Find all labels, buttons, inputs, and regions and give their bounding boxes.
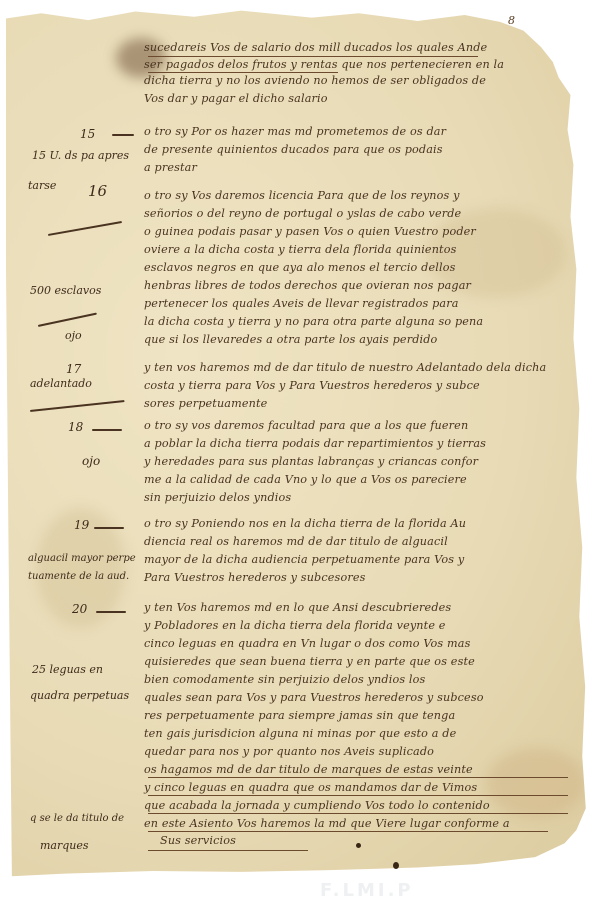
page-mark: 8 [508, 14, 515, 27]
margin-note: 15 U. ds pa apres [32, 150, 129, 161]
text-line: mayor de la dicha audiencia perpetuament… [144, 554, 574, 565]
text-line: y ten Vos haremos md en lo que Ansi desc… [144, 602, 574, 613]
text-line: sucedareis Vos de salario dos mill ducad… [144, 42, 574, 53]
text-line: o tro sy Poniendo nos en la dicha tierra… [144, 518, 574, 529]
margin-note: adelantado [30, 378, 92, 389]
text-line: señorios o del reyno de portugal o yslas… [144, 208, 574, 219]
text-line: ten gais jurisdicion alguna ni minas por… [144, 728, 574, 739]
ink-blot [393, 862, 399, 869]
text-line: sores perpetuamente [144, 398, 574, 409]
underline [148, 795, 568, 796]
text-line: quales sean para Vos y para Vuestros her… [144, 692, 574, 703]
text-line: res perpetuamente para siempre jamas sin… [144, 710, 574, 721]
text-line: me a la calidad de cada Vno y lo que a V… [144, 474, 574, 485]
clause-number: 18 [68, 420, 83, 434]
text-line: y heredades para sus plantas labranças y… [144, 456, 574, 467]
margin-note: 25 leguas en [32, 664, 103, 675]
text-line: Sus servicios [160, 835, 590, 846]
ink-blot [356, 843, 361, 848]
text-line: oviere a la dicha costa y tierra dela fl… [144, 244, 574, 255]
margin-note: marques [40, 840, 89, 851]
text-line: esclavos negros en que aya alo menos el … [144, 262, 574, 273]
text-line: a poblar la dicha tierra podais dar repa… [144, 438, 574, 449]
margin-note: tuamente de la aud. [28, 572, 129, 582]
underline [148, 813, 568, 814]
underline [148, 777, 568, 778]
margin-note: 500 esclavos [30, 285, 101, 296]
text-line: de presente quinientos ducados para que … [144, 144, 574, 155]
text-line: ser pagados delos frutos y rentas que no… [144, 59, 574, 70]
margin-note: ojo [82, 455, 100, 467]
clause-number: 16 [88, 182, 107, 200]
text-line: dicha tierra y no los aviendo no hemos d… [144, 75, 574, 86]
underline [148, 56, 478, 57]
watermark: F.LMI.P [320, 880, 414, 900]
text-line: o guinea podais pasar y pasen Vos o quie… [144, 226, 574, 237]
margin-note: tarse [28, 180, 56, 191]
text-line: quedar para nos y por quanto nos Aveis s… [144, 746, 574, 757]
margin-note: ojo [65, 330, 82, 341]
clause-number: 15 [80, 127, 95, 141]
text-line: o tro sy Por os hazer mas md prometemos … [144, 126, 574, 137]
margin-note: q se le da titulo de [30, 814, 124, 824]
margin-note: quadra perpetuas [30, 690, 129, 701]
text-line: la dicha costa y tierra y no para otra p… [144, 316, 574, 327]
text-line: pertenecer los quales Aveis de llevar re… [144, 298, 574, 309]
text-line: que acabada la jornada y cumpliendo Vos … [144, 800, 574, 811]
clause-mark [112, 134, 134, 136]
clause-mark [94, 527, 124, 529]
text-line: y Pobladores en la dicha tierra dela flo… [144, 620, 574, 631]
underline [148, 850, 308, 851]
clause-mark [96, 611, 126, 613]
text-line: Para Vuestros herederos y subcesores [144, 572, 574, 583]
text-line: en este Asiento Vos haremos la md que Vi… [144, 818, 574, 829]
text-line: quisieredes que sean buena tierra y en p… [144, 656, 574, 667]
text-line: a prestar [144, 162, 574, 173]
clause-number: 19 [74, 518, 89, 532]
clause-mark [92, 429, 122, 431]
text-line: y ten vos haremos md de dar titulo de nu… [144, 362, 574, 373]
text-line: os hagamos md de dar titulo de marques d… [144, 764, 574, 775]
underline [148, 831, 548, 832]
text-line: o tro sy vos daremos facultad para que a… [144, 420, 574, 431]
text-line: diencia real os haremos md de dar titulo… [144, 536, 574, 547]
text-line: o tro sy Vos daremos licencia Para que d… [144, 190, 574, 201]
text-line: cinco leguas en quadra en Vn lugar o dos… [144, 638, 574, 649]
clause-number: 17 [66, 362, 81, 376]
margin-note: alguacil mayor perpe [28, 554, 136, 564]
text-line: sin perjuizio delos yndios [144, 492, 574, 503]
text-line: y cinco leguas en quadra que os mandamos… [144, 782, 574, 793]
text-line: bien comodamente sin perjuizio delos ynd… [144, 674, 574, 685]
text-line: que si los llevaredes a otra parte los a… [144, 334, 574, 345]
underline [148, 72, 338, 73]
clause-number: 20 [72, 602, 87, 616]
text-line: costa y tierra para Vos y Para Vuestros … [144, 380, 574, 391]
text-line: henbras libres de todos derechos que ovi… [144, 280, 574, 291]
text-line: Vos dar y pagar el dicho salario [144, 93, 574, 104]
